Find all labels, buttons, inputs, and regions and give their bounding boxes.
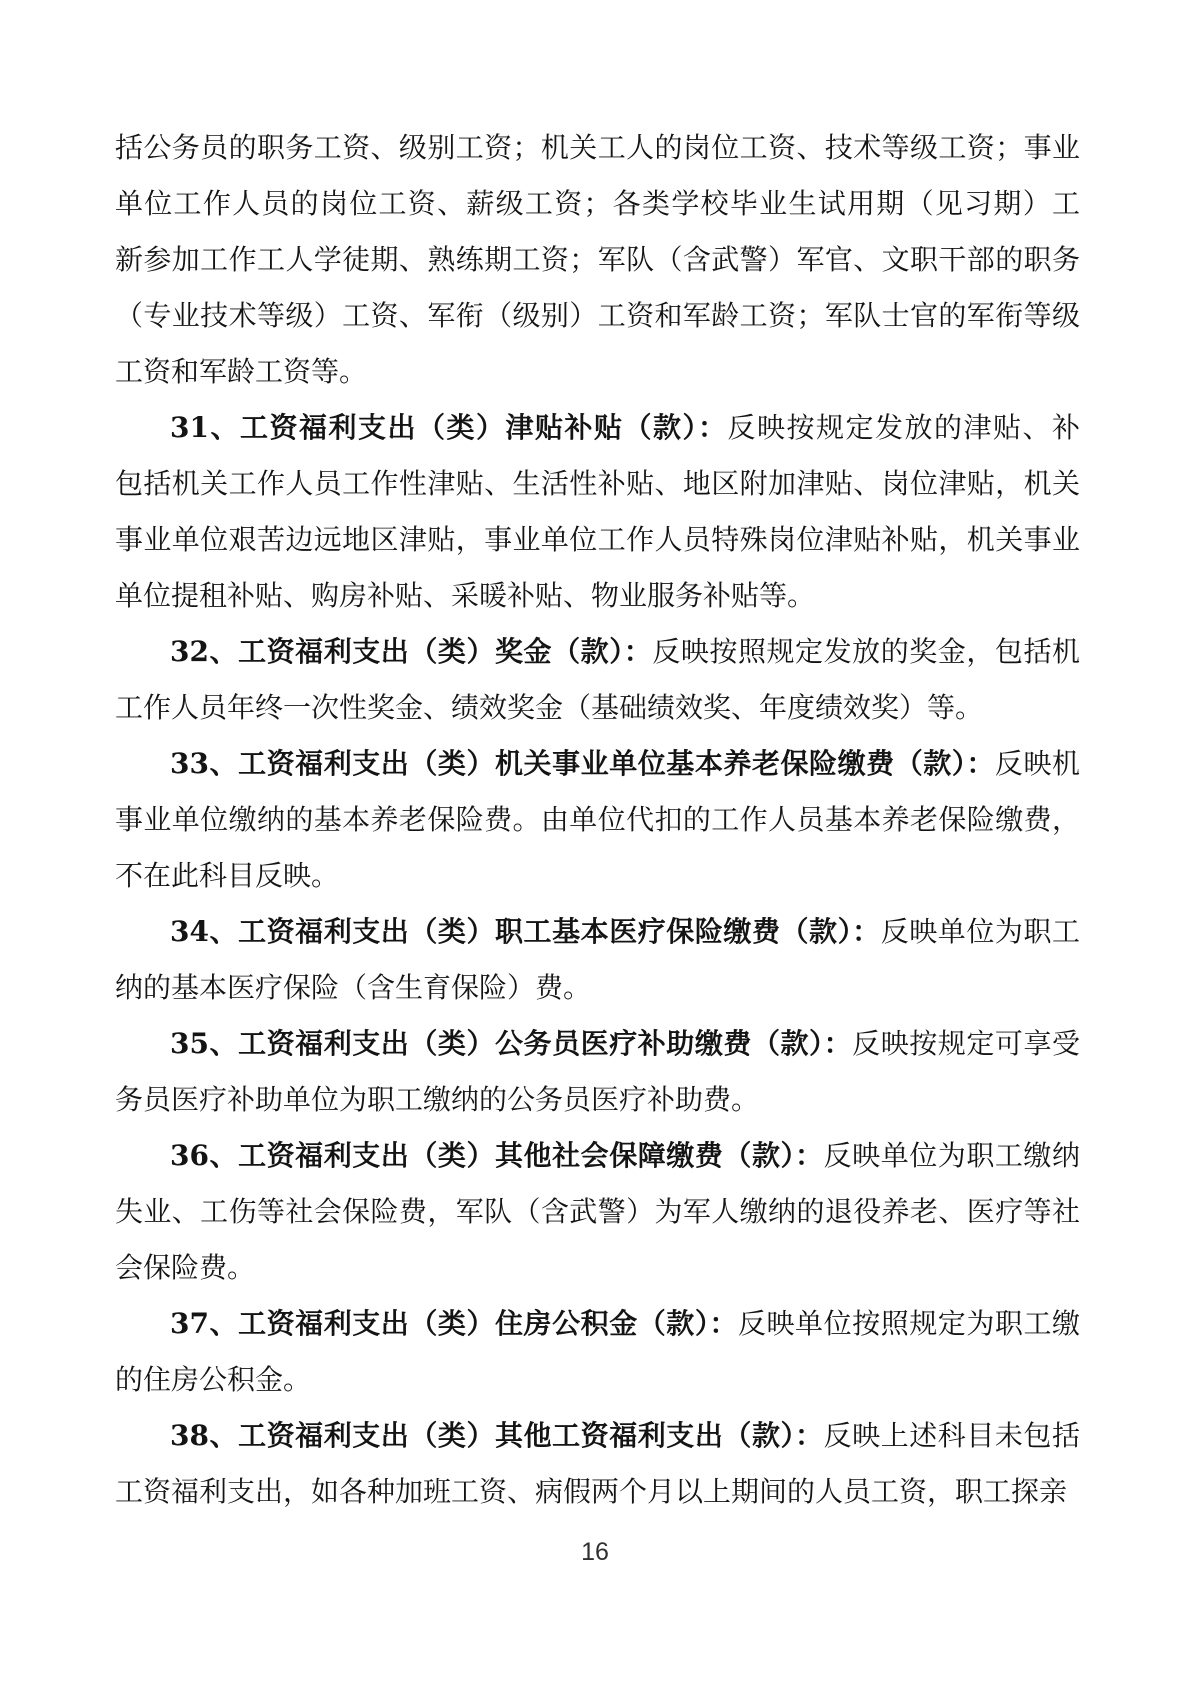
text-line: （专业技术等级）工资、军衔（级别）工资和军龄工资；军队士官的军衔等级: [115, 288, 1080, 344]
text-line: 单位提租补贴、购房补贴、采暖补贴、物业服务补贴等。: [115, 568, 1080, 624]
entry-text: 单位工作人员的岗位工资、薪级工资；各类学校毕业生试用期（见习期）工资、: [115, 187, 1080, 232]
text-line: 34、工资福利支出（类）职工基本医疗保险缴费（款）：反映单位为职工缴: [115, 904, 1080, 960]
entry-heading: 37、工资福利支出（类）住房公积金（款）：: [170, 1307, 738, 1340]
text-line: 事业单位艰苦边远地区津贴，事业单位工作人员特殊岗位津贴补贴，机关事业: [115, 512, 1080, 568]
entry-heading: 38、工资福利支出（类）其他工资福利支出（款）：: [170, 1419, 824, 1452]
text-line: 会保险费。: [115, 1240, 1080, 1296]
text-line: 单位工作人员的岗位工资、薪级工资；各类学校毕业生试用期（见习期）工资、: [115, 176, 1080, 232]
entry-heading: 31、工资福利支出（类）津贴补贴（款）：: [170, 411, 727, 444]
entry-text: 单位提租补贴、购房补贴、采暖补贴、物业服务补贴等。: [115, 579, 815, 612]
entry-text: 事业单位缴纳的基本养老保险费。由单位代扣的工作人员基本养老保险缴费，: [115, 803, 1080, 836]
document-page: 括公务员的职务工资、级别工资；机关工人的岗位工资、技术等级工资；事业单位工作人员…: [0, 0, 1190, 1683]
entry-text: 事业单位艰苦边远地区津贴，事业单位工作人员特殊岗位津贴补贴，机关事业: [115, 523, 1080, 556]
entry-text: 纳的基本医疗保险（含生育保险）费。: [115, 971, 591, 1004]
entry-text: 工资福利支出，如各种加班工资、病假两个月以上期间的人员工资，职工探亲: [115, 1475, 1067, 1508]
entry-heading: 35、工资福利支出（类）公务员医疗补助缴费（款）：: [170, 1027, 852, 1060]
entry-text: 工作人员年终一次性奖金、绩效奖金（基础绩效奖、年度绩效奖）等。: [115, 691, 983, 724]
text-line: 括公务员的职务工资、级别工资；机关工人的岗位工资、技术等级工资；事业: [115, 120, 1080, 176]
text-line: 36、工资福利支出（类）其他社会保障缴费（款）：反映单位为职工缴纳的: [115, 1128, 1080, 1184]
document-body: 括公务员的职务工资、级别工资；机关工人的岗位工资、技术等级工资；事业单位工作人员…: [115, 120, 1080, 1520]
text-line: 包括机关工作人员工作性津贴、生活性补贴、地区附加津贴、岗位津贴，机关: [115, 456, 1080, 512]
text-line: 37、工资福利支出（类）住房公积金（款）：反映单位按照规定为职工缴纳: [115, 1296, 1080, 1352]
text-line: 工资福利支出，如各种加班工资、病假两个月以上期间的人员工资，职工探亲: [115, 1464, 1080, 1520]
entry-text: 工资和军龄工资等。: [115, 355, 367, 388]
text-line: 新参加工作工人学徒期、熟练期工资；军队（含武警）军官、文职干部的职务: [115, 232, 1080, 288]
entry-heading: 34、工资福利支出（类）职工基本医疗保险缴费（款）：: [170, 915, 881, 948]
entry-text: 务员医疗补助单位为职工缴纳的公务员医疗补助费。: [115, 1083, 759, 1116]
entry-text: 会保险费。: [115, 1251, 255, 1284]
entry-heading: 32、工资福利支出（类）奖金（款）：: [170, 635, 652, 668]
text-line: 的住房公积金。: [115, 1352, 1080, 1408]
entry-text: 新参加工作工人学徒期、熟练期工资；军队（含武警）军官、文职干部的职务: [115, 243, 1080, 276]
text-line: 31、工资福利支出（类）津贴补贴（款）：反映按规定发放的津贴、补贴，: [115, 400, 1080, 456]
entry-heading: 33、工资福利支出（类）机关事业单位基本养老保险缴费（款）：: [170, 747, 995, 780]
text-line: 事业单位缴纳的基本养老保险费。由单位代扣的工作人员基本养老保险缴费，: [115, 792, 1080, 848]
text-line: 35、工资福利支出（类）公务员医疗补助缴费（款）：反映按规定可享受公: [115, 1016, 1080, 1072]
text-line: 不在此科目反映。: [115, 848, 1080, 904]
page-number: 16: [0, 1538, 1190, 1566]
text-line: 32、工资福利支出（类）奖金（款）：反映按照规定发放的奖金，包括机关: [115, 624, 1080, 680]
text-line: 失业、工伤等社会保险费，军队（含武警）为军人缴纳的退役养老、医疗等社: [115, 1184, 1080, 1240]
entry-text: 括公务员的职务工资、级别工资；机关工人的岗位工资、技术等级工资；事业: [115, 131, 1080, 164]
entry-text: 不在此科目反映。: [115, 859, 339, 892]
text-line: 33、工资福利支出（类）机关事业单位基本养老保险缴费（款）：反映机关: [115, 736, 1080, 792]
entry-text: 失业、工伤等社会保险费，军队（含武警）为军人缴纳的退役养老、医疗等社: [115, 1195, 1080, 1228]
text-line: 工资和军龄工资等。: [115, 344, 1080, 400]
entry-text: 的住房公积金。: [115, 1363, 311, 1396]
entry-text: （专业技术等级）工资、军衔（级别）工资和军龄工资；军队士官的军衔等级: [115, 299, 1080, 332]
text-line: 纳的基本医疗保险（含生育保险）费。: [115, 960, 1080, 1016]
text-line: 务员医疗补助单位为职工缴纳的公务员医疗补助费。: [115, 1072, 1080, 1128]
text-line: 38、工资福利支出（类）其他工资福利支出（款）：反映上述科目未包括的: [115, 1408, 1080, 1464]
entry-text: 包括机关工作人员工作性津贴、生活性补贴、地区附加津贴、岗位津贴，机关: [115, 467, 1080, 500]
entry-heading: 36、工资福利支出（类）其他社会保障缴费（款）：: [170, 1139, 824, 1172]
text-line: 工作人员年终一次性奖金、绩效奖金（基础绩效奖、年度绩效奖）等。: [115, 680, 1080, 736]
